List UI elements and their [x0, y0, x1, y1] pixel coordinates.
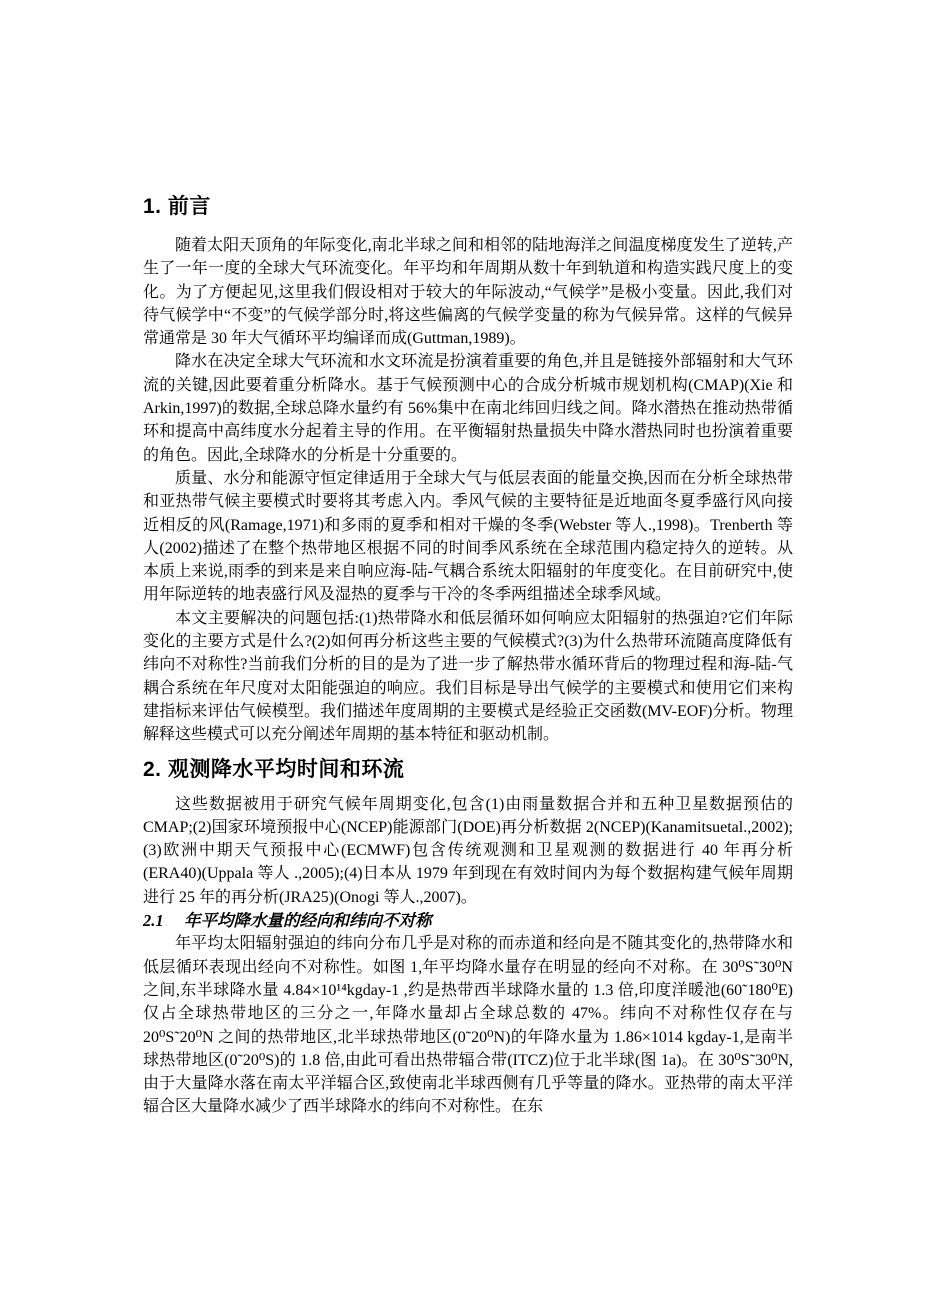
- section-1-paragraph-3: 质量、水分和能源守恒定律适用于全球大气与低层表面的能量交换,因而在分析全球热带和…: [143, 467, 793, 607]
- document-page: 1. 前言 随着太阳天顶角的年际变化,南北半球之间和相邻的陆地海洋之间温度梯度发…: [0, 0, 926, 1309]
- subsection-2-1-title: 年平均降水量的经向和纬向不对称: [184, 911, 432, 930]
- section-1-paragraph-4: 本文主要解决的问题包括:(1)热带降水和低层循环如何响应太阳辐射的热强迫?它们年…: [143, 607, 793, 747]
- document-content: 1. 前言 随着太阳天顶角的年际变化,南北半球之间和相邻的陆地海洋之间温度梯度发…: [143, 193, 793, 1119]
- subsection-2-1-heading: 2.1年平均降水量的经向和纬向不对称: [143, 909, 793, 932]
- section-1-paragraph-1: 随着太阳天顶角的年际变化,南北半球之间和相邻的陆地海洋之间温度梯度发生了逆转,产…: [143, 234, 793, 350]
- section-2-heading: 2. 观测降水平均时间和环流: [143, 756, 793, 783]
- section-1-heading: 1. 前言: [143, 193, 793, 220]
- subsection-2-1-number: 2.1: [143, 909, 184, 932]
- subsection-2-1-paragraph: 年平均太阳辐射强迫的纬向分布几乎是对称的而赤道和经向是不随其变化的,热带降水和低…: [143, 932, 793, 1118]
- section-2-paragraph: 这些数据被用于研究气候年周期变化,包含(1)由雨量数据合并和五种卫星数据预估的 …: [143, 793, 793, 909]
- section-1-paragraph-2: 降水在决定全球大气环流和水文环流是扮演着重要的角色,并且是链接外部辐射和大气环流…: [143, 350, 793, 466]
